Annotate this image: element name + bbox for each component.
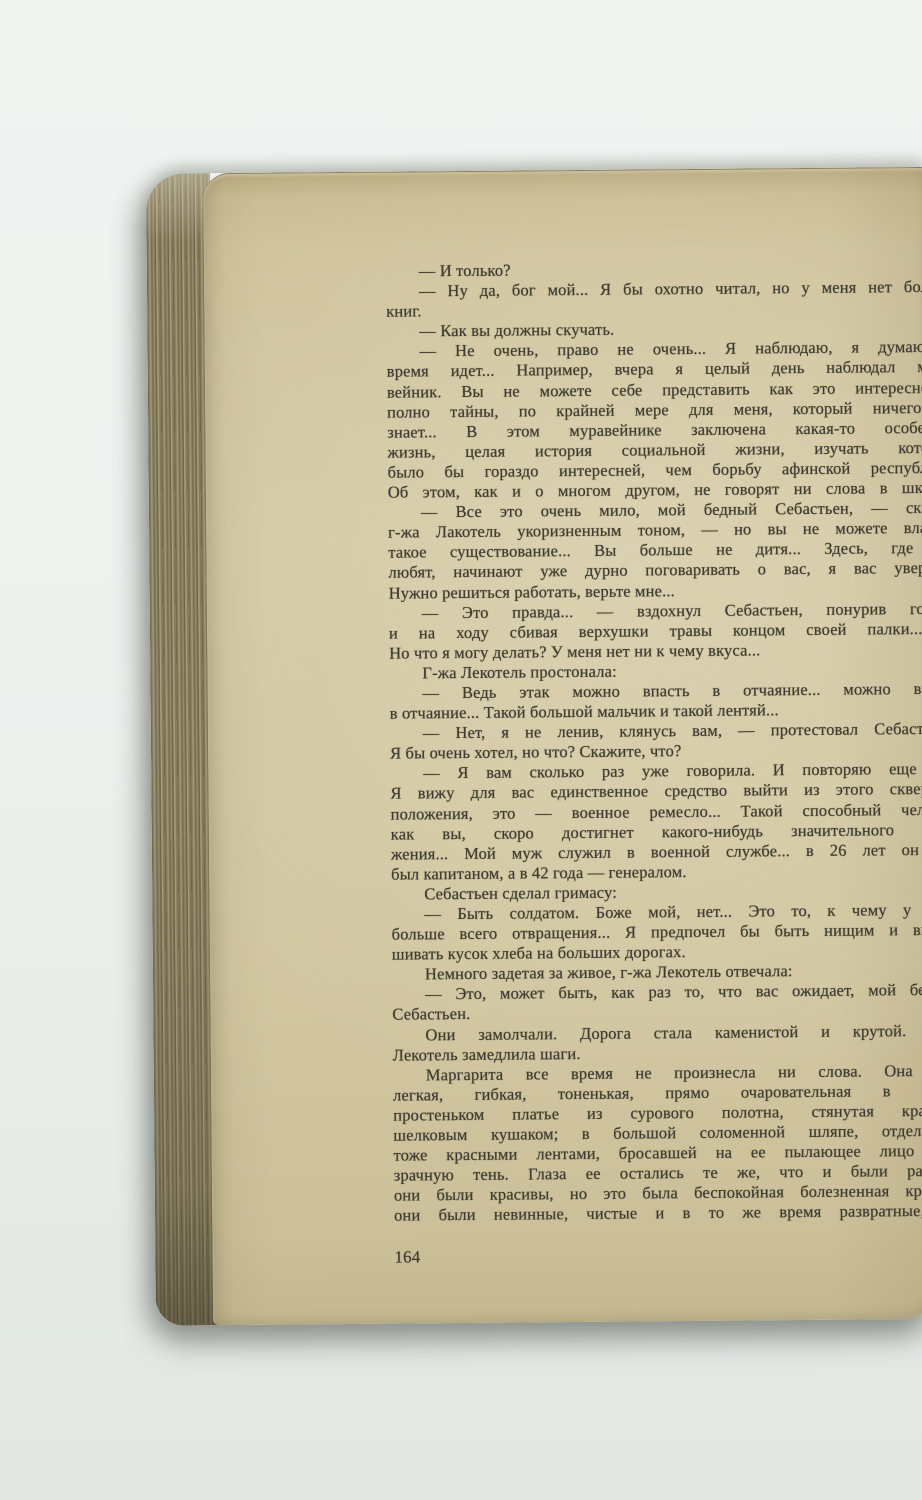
book: — И только?— Ну да, бог мой... Я бы охот… bbox=[146, 167, 922, 1326]
page-text: — И только?— Ну да, бог мой... Я бы охот… bbox=[386, 257, 922, 1268]
text-line: они были невинные, чистые и в то же врем… bbox=[394, 1201, 922, 1226]
page-number: 164 bbox=[394, 1242, 922, 1267]
book-page: — И только?— Ну да, бог мой... Я бы охот… bbox=[203, 167, 922, 1325]
photo-background: — И только?— Ну да, бог мой... Я бы охот… bbox=[0, 0, 922, 1500]
